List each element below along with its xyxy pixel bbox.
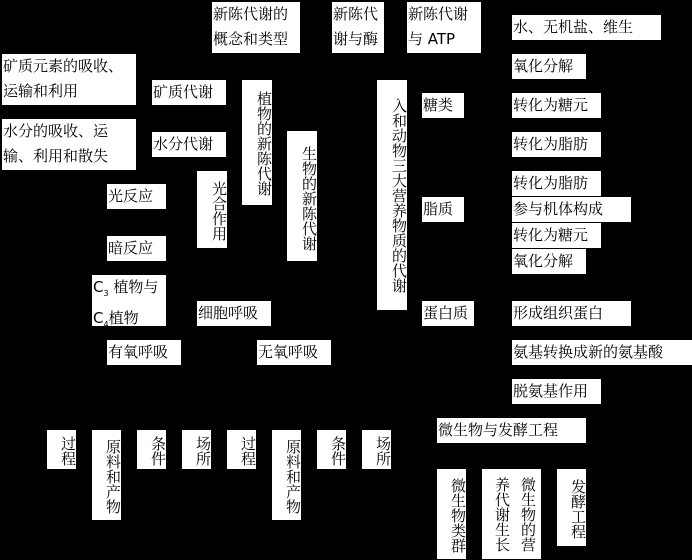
nutrition-col-1: 微生物的营 bbox=[519, 477, 537, 552]
protein-box: 蛋白质 bbox=[422, 301, 474, 326]
c3-c4-box: C3 植物与 C4植物 bbox=[92, 275, 166, 326]
lipid-box: 脂质 bbox=[422, 197, 464, 222]
c4-prefix: C bbox=[93, 309, 103, 326]
c3-sub: 3 bbox=[103, 289, 108, 298]
atp-box: 新陈代谢 与 ATP bbox=[407, 2, 481, 53]
tissue-protein-box: 形成组织蛋白 bbox=[512, 301, 631, 326]
plant-metabolism-vertical: 植物的新陈代谢 bbox=[242, 80, 272, 205]
animal-metabolism-vertical: 入和动物三大营养物质的代谢 bbox=[377, 80, 407, 310]
anaerobic-location: 场所 bbox=[362, 430, 391, 469]
atp-line-1: 新陈代谢 bbox=[408, 2, 481, 27]
water-detail-line-2: 输、利用和散失 bbox=[3, 144, 136, 169]
lipid-to-glycogen-box: 转化为糖元 bbox=[512, 223, 601, 248]
photosynthesis-vertical: 光合作用 bbox=[197, 171, 227, 248]
lipid-oxidation-box: 氧化分解 bbox=[512, 249, 586, 274]
lipid-to-fat-box: 转化为脂肪 bbox=[512, 171, 601, 196]
anaerobic-materials-products: 原料和产物 bbox=[272, 430, 301, 520]
c3-text: 植物与 bbox=[113, 278, 158, 296]
mineral-metabolism-box: 矿质代谢 bbox=[152, 80, 226, 105]
anaerobic-conditions: 条件 bbox=[317, 430, 346, 469]
sugar-to-fat-box: 转化为脂肪 bbox=[512, 132, 601, 157]
lipid-body-structure-box: 参与机体构成 bbox=[512, 197, 631, 222]
aerobic-location: 场所 bbox=[182, 430, 211, 469]
sugar-to-glycogen-box: 转化为糖元 bbox=[512, 93, 601, 118]
aerobic-respiration-box: 有氧呼吸 bbox=[107, 340, 181, 365]
dark-reaction-box: 暗反应 bbox=[107, 236, 166, 261]
nutrition-col-2: 养代谢生长 bbox=[493, 477, 511, 552]
c3-line: C3 植物与 bbox=[93, 275, 166, 306]
anaerobic-respiration-box: 无氧呼吸 bbox=[257, 340, 331, 365]
enzyme-line-2: 谢与酶 bbox=[333, 27, 384, 52]
sugar-oxidation-box: 氧化分解 bbox=[512, 54, 586, 79]
deamination-box: 脱氨基作用 bbox=[512, 379, 601, 404]
atp-line-2: 与 ATP bbox=[408, 27, 481, 52]
concept-box: 新陈代谢的 概念和类型 bbox=[212, 2, 300, 53]
c4-text: 植物 bbox=[109, 309, 139, 326]
water-detail-line-1: 水分的吸收、运 bbox=[3, 119, 136, 144]
mineral-detail-line-2: 运输和利用 bbox=[3, 79, 136, 104]
concept-line-1: 新陈代谢的 bbox=[213, 2, 300, 27]
light-reaction-box: 光反应 bbox=[107, 184, 166, 209]
c3-prefix: C bbox=[93, 278, 103, 296]
mineral-detail-box: 矿质元素的吸收、 运输和利用 bbox=[2, 54, 136, 105]
aerobic-conditions: 条件 bbox=[137, 430, 166, 469]
microbe-nutrition-vertical: 微生物的营 养代谢生长 bbox=[482, 469, 541, 559]
c4-line: C4植物 bbox=[93, 306, 166, 326]
enzyme-line-1: 新陈代 bbox=[333, 2, 384, 27]
cell-respiration-box: 细胞呼吸 bbox=[197, 301, 271, 326]
concept-line-2: 概念和类型 bbox=[213, 27, 300, 52]
microbe-types-vertical: 微生物类群 bbox=[437, 469, 466, 559]
bio-metabolism-vertical: 生物的新陈代谢 bbox=[287, 131, 317, 261]
aerobic-materials-products: 原料和产物 bbox=[92, 430, 121, 520]
anaerobic-process: 过程 bbox=[227, 430, 256, 469]
fermentation-engineering-vertical: 发酵工程 bbox=[557, 469, 586, 546]
water-metabolism-box: 水分代谢 bbox=[152, 132, 226, 157]
transamination-box: 氨基转换成新的氨基酸 bbox=[512, 340, 692, 365]
sugar-box: 糖类 bbox=[422, 93, 464, 118]
enzyme-box: 新陈代 谢与酶 bbox=[332, 2, 384, 53]
water-salts-vitamins-box: 水、无机盐、维生 bbox=[512, 15, 661, 40]
water-detail-box: 水分的吸收、运 输、利用和散失 bbox=[2, 119, 136, 170]
aerobic-process: 过程 bbox=[47, 430, 76, 469]
mineral-detail-line-1: 矿质元素的吸收、 bbox=[3, 54, 136, 79]
microbe-fermentation-box: 微生物与发酵工程 bbox=[437, 418, 586, 443]
